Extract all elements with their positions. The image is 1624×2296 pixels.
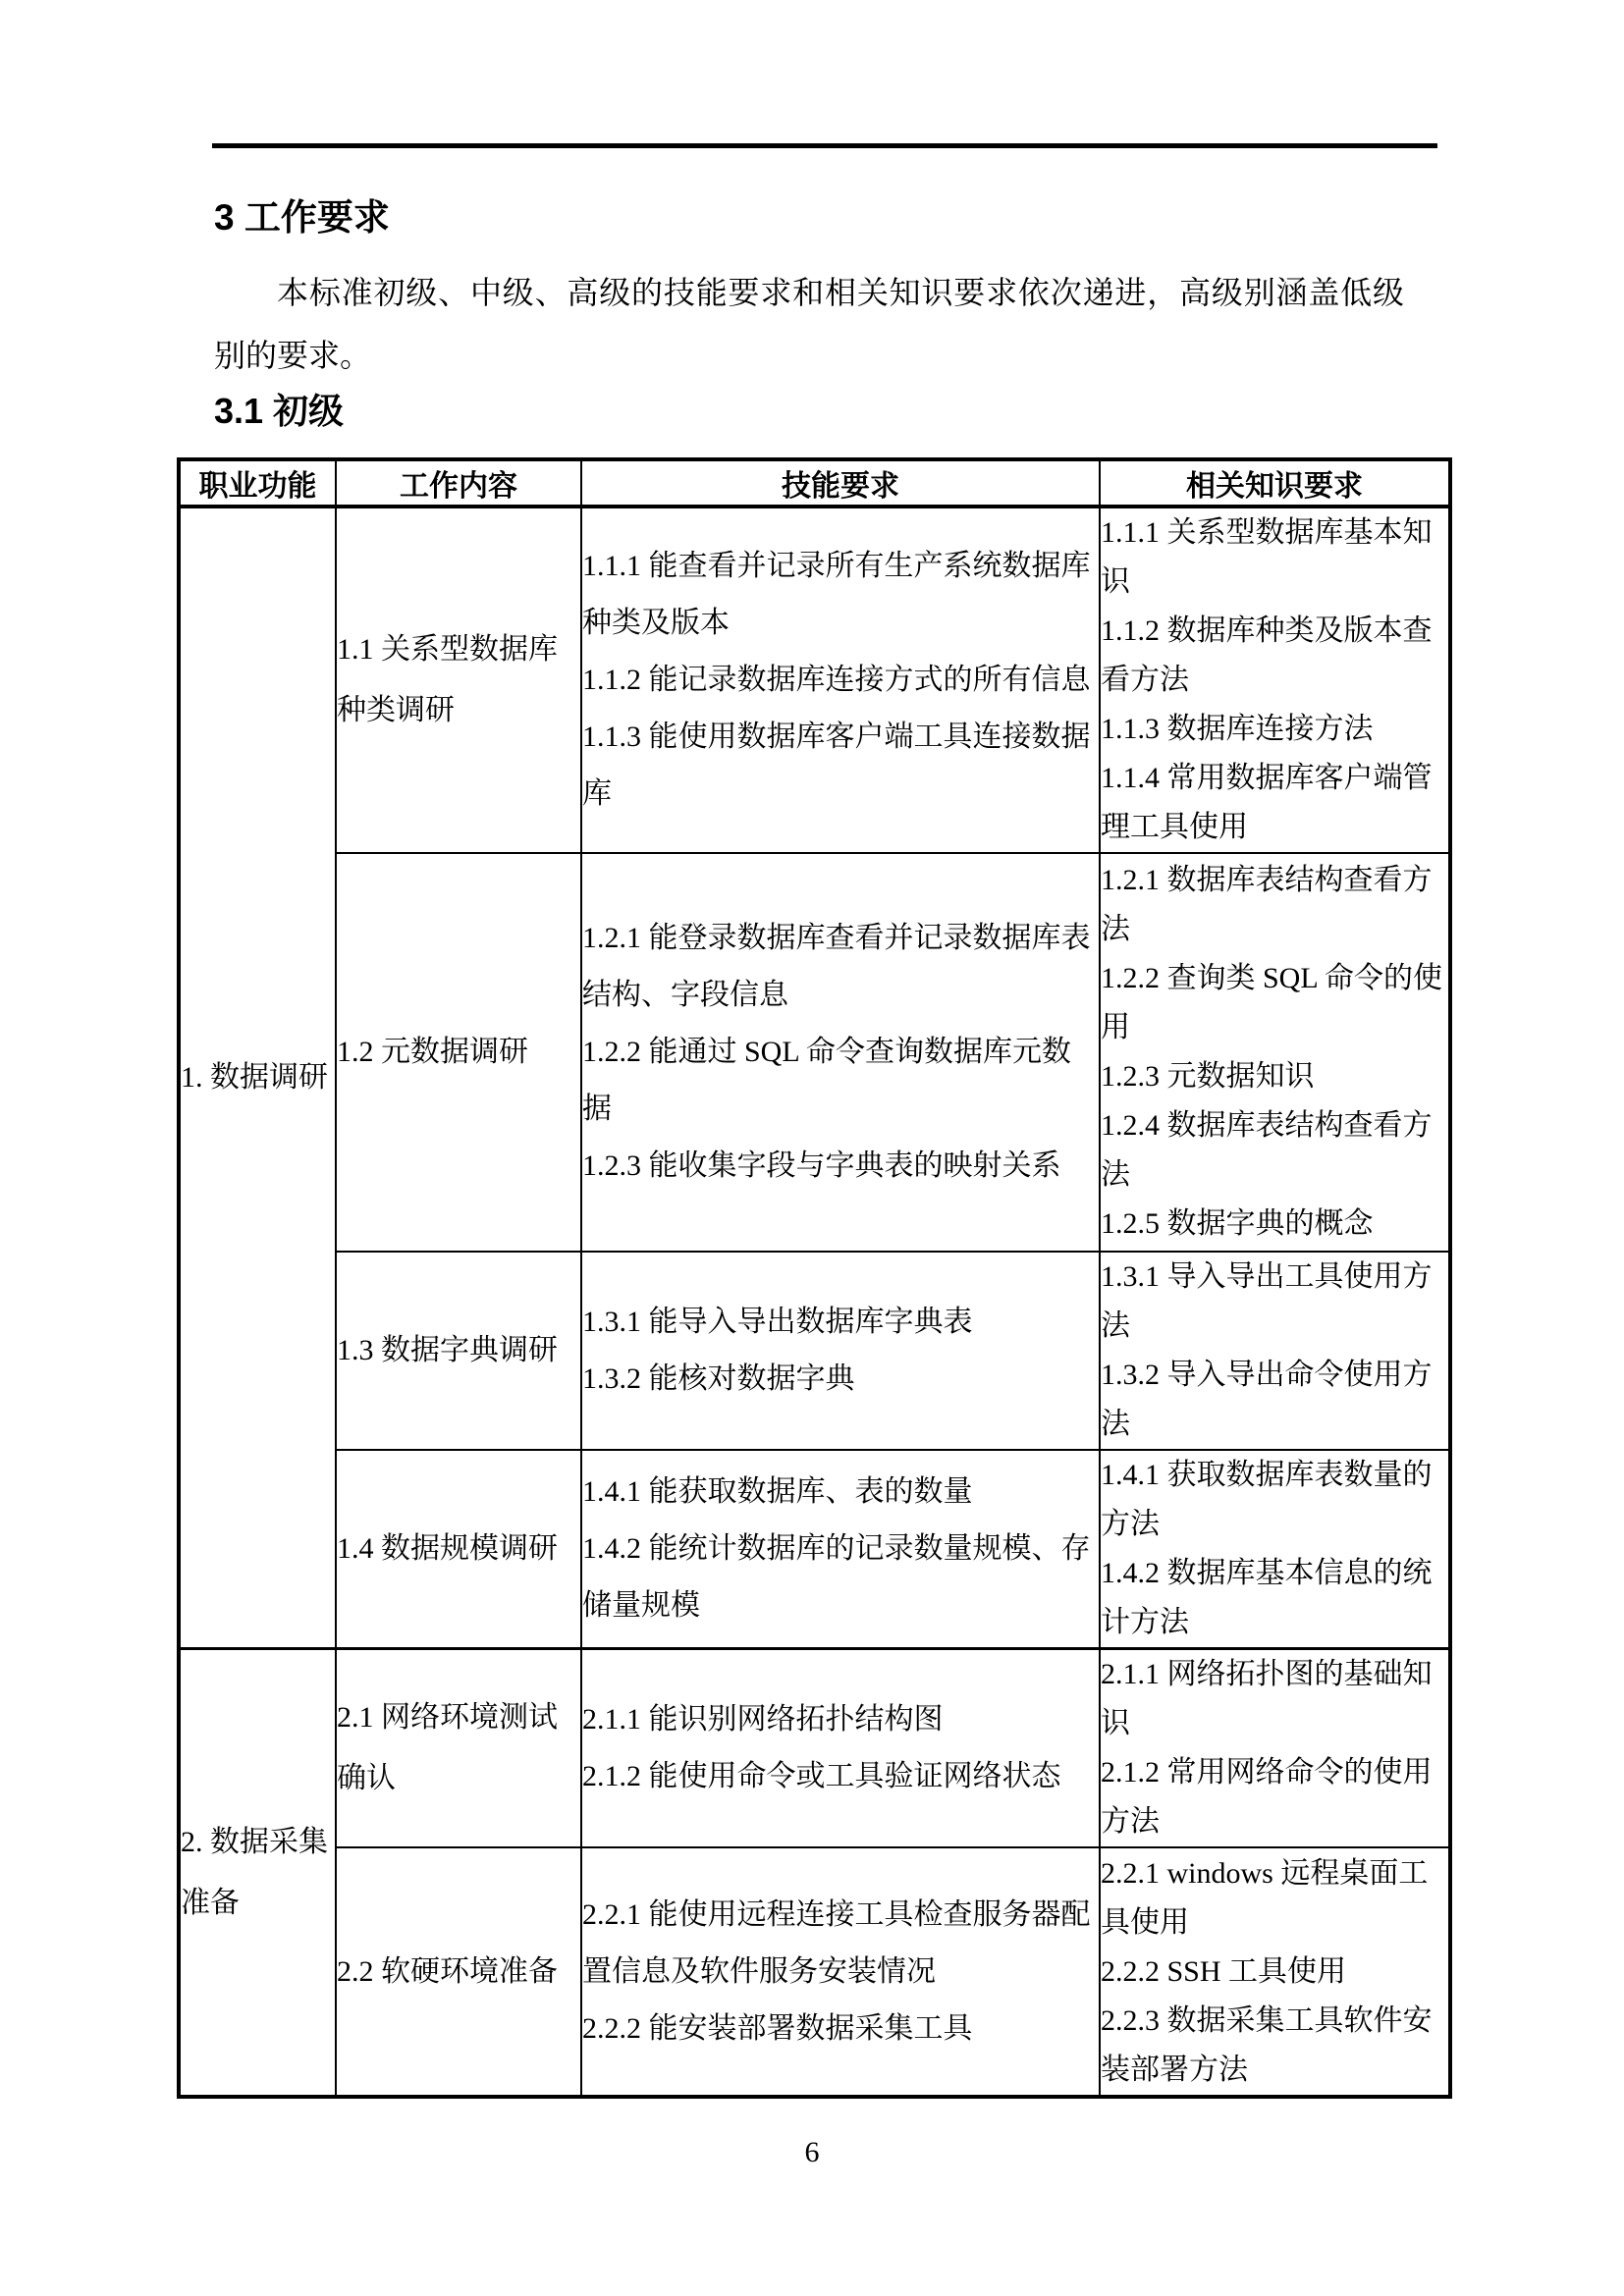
table-header-row: 职业功能工作内容技能要求相关知识要求 [179,459,1450,507]
skill-item: 2.1.2 能使用命令或工具验证网络状态 [582,1748,1099,1805]
skill-item: 1.2.3 能收集字段与字典表的映射关系 [582,1138,1099,1195]
section-heading: 3 工作要求 [214,194,390,241]
header-rule [212,143,1437,148]
skills-cell: 1.2.1 能登录数据库查看并记录数据库表结构、字段信息1.2.2 能通过 SQ… [581,853,1100,1252]
knowledge-item: 2.2.1 windows 远程桌面工具使用 [1101,1849,1448,1948]
skill-item: 1.1.3 能使用数据库客户端工具连接数据库 [582,709,1099,823]
skill-item: 1.2.1 能登录数据库查看并记录数据库表结构、字段信息 [582,910,1099,1024]
skill-item: 1.2.2 能通过 SQL 命令查询数据库元数据 [582,1024,1099,1138]
page-number: 6 [0,2136,1624,2169]
knowledge-item: 1.1.3 数据库连接方法 [1101,705,1448,754]
table-row: 1. 数据调研1.1 关系型数据库种类调研1.1.1 能查看并记录所有生产系统数… [179,507,1450,853]
knowledge-item: 2.1.1 网络拓扑图的基础知识 [1101,1650,1448,1748]
knowledge-item: 1.2.3 元数据知识 [1101,1052,1448,1101]
work-content-cell: 1.3 数据字典调研 [336,1252,581,1450]
work-content-cell: 1.1 关系型数据库种类调研 [336,507,581,853]
skill-item: 1.1.1 能查看并记录所有生产系统数据库种类及版本 [582,538,1099,652]
skill-item: 1.1.2 能记录数据库连接方式的所有信息 [582,652,1099,709]
skills-cell: 1.3.1 能导入导出数据库字典表1.3.2 能核对数据字典 [581,1252,1100,1450]
knowledge-item: 1.3.2 导入导出命令使用方法 [1101,1351,1448,1449]
table-container: 职业功能工作内容技能要求相关知识要求 1. 数据调研1.1 关系型数据库种类调研… [177,457,1452,2099]
knowledge-item: 1.2.1 数据库表结构查看方法 [1101,856,1448,954]
column-header: 技能要求 [581,459,1100,507]
table-row: 1.3 数据字典调研1.3.1 能导入导出数据库字典表1.3.2 能核对数据字典… [179,1252,1450,1450]
table-row: 1.4 数据规模调研1.4.1 能获取数据库、表的数量1.4.2 能统计数据库的… [179,1450,1450,1649]
skill-item: 2.2.1 能使用远程连接工具检查服务器配置信息及软件服务安装情况 [582,1887,1099,2001]
knowledge-item: 1.4.1 获取数据库表数量的方法 [1101,1451,1448,1549]
function-cell: 2. 数据采集准备 [179,1649,336,2098]
skill-item: 2.1.1 能识别网络拓扑结构图 [582,1691,1099,1748]
column-header: 相关知识要求 [1100,459,1450,507]
table-row: 2.2 软硬环境准备2.2.1 能使用远程连接工具检查服务器配置信息及软件服务安… [179,1847,1450,2097]
table-body: 1. 数据调研1.1 关系型数据库种类调研1.1.1 能查看并记录所有生产系统数… [179,507,1450,2097]
work-content-cell: 1.4 数据规模调研 [336,1450,581,1649]
knowledge-cell: 2.1.1 网络拓扑图的基础知识2.1.2 常用网络命令的使用方法 [1100,1649,1450,1848]
knowledge-item: 1.4.2 数据库基本信息的统计方法 [1101,1549,1448,1647]
knowledge-cell: 1.2.1 数据库表结构查看方法1.2.2 查询类 SQL 命令的使用1.2.3… [1100,853,1450,1252]
column-header: 工作内容 [336,459,581,507]
subsection-heading: 3.1 初级 [214,389,344,434]
requirements-table: 职业功能工作内容技能要求相关知识要求 1. 数据调研1.1 关系型数据库种类调研… [177,457,1452,2099]
work-content-cell: 2.1 网络环境测试确认 [336,1649,581,1848]
table-row: 2. 数据采集准备2.1 网络环境测试确认2.1.1 能识别网络拓扑结构图2.1… [179,1649,1450,1848]
knowledge-item: 2.1.2 常用网络命令的使用方法 [1101,1748,1448,1846]
intro-paragraph: 本标准初级、中级、高级的技能要求和相关知识要求依次递进，高级别涵盖低级别的要求。 [214,261,1404,387]
skills-cell: 1.1.1 能查看并记录所有生产系统数据库种类及版本1.1.2 能记录数据库连接… [581,507,1100,853]
table-row: 1.2 元数据调研1.2.1 能登录数据库查看并记录数据库表结构、字段信息1.2… [179,853,1450,1252]
function-cell: 1. 数据调研 [179,507,336,1649]
skill-item: 1.3.2 能核对数据字典 [582,1351,1099,1408]
knowledge-cell: 1.4.1 获取数据库表数量的方法1.4.2 数据库基本信息的统计方法 [1100,1450,1450,1649]
work-content-cell: 1.2 元数据调研 [336,853,581,1252]
knowledge-cell: 2.2.1 windows 远程桌面工具使用2.2.2 SSH 工具使用2.2.… [1100,1847,1450,2097]
knowledge-item: 2.2.2 SSH 工具使用 [1101,1948,1448,1997]
knowledge-item: 1.2.5 数据字典的概念 [1101,1200,1448,1249]
work-content-cell: 2.2 软硬环境准备 [336,1847,581,2097]
skills-cell: 2.1.1 能识别网络拓扑结构图2.1.2 能使用命令或工具验证网络状态 [581,1649,1100,1848]
skills-cell: 1.4.1 能获取数据库、表的数量1.4.2 能统计数据库的记录数量规模、存储量… [581,1450,1100,1649]
knowledge-item: 1.2.2 查询类 SQL 命令的使用 [1101,954,1448,1052]
knowledge-item: 1.2.4 数据库表结构查看方法 [1101,1101,1448,1200]
skills-cell: 2.2.1 能使用远程连接工具检查服务器配置信息及软件服务安装情况2.2.2 能… [581,1847,1100,2097]
knowledge-item: 2.2.3 数据采集工具软件安装部署方法 [1101,1997,1448,2095]
skill-item: 1.4.1 能获取数据库、表的数量 [582,1464,1099,1521]
column-header: 职业功能 [179,459,336,507]
knowledge-item: 1.3.1 导入导出工具使用方法 [1101,1253,1448,1351]
knowledge-cell: 1.1.1 关系型数据库基本知识1.1.2 数据库种类及版本查看方法1.1.3 … [1100,507,1450,853]
knowledge-cell: 1.3.1 导入导出工具使用方法1.3.2 导入导出命令使用方法 [1100,1252,1450,1450]
document-page: 3 工作要求 本标准初级、中级、高级的技能要求和相关知识要求依次递进，高级别涵盖… [0,0,1624,2296]
skill-item: 1.4.2 能统计数据库的记录数量规模、存储量规模 [582,1521,1099,1634]
knowledge-item: 1.1.1 关系型数据库基本知识 [1101,508,1448,607]
skill-item: 1.3.1 能导入导出数据库字典表 [582,1294,1099,1351]
knowledge-item: 1.1.2 数据库种类及版本查看方法 [1101,607,1448,705]
knowledge-item: 1.1.4 常用数据库客户端管理工具使用 [1101,754,1448,852]
skill-item: 2.2.2 能安装部署数据采集工具 [582,2001,1099,2057]
